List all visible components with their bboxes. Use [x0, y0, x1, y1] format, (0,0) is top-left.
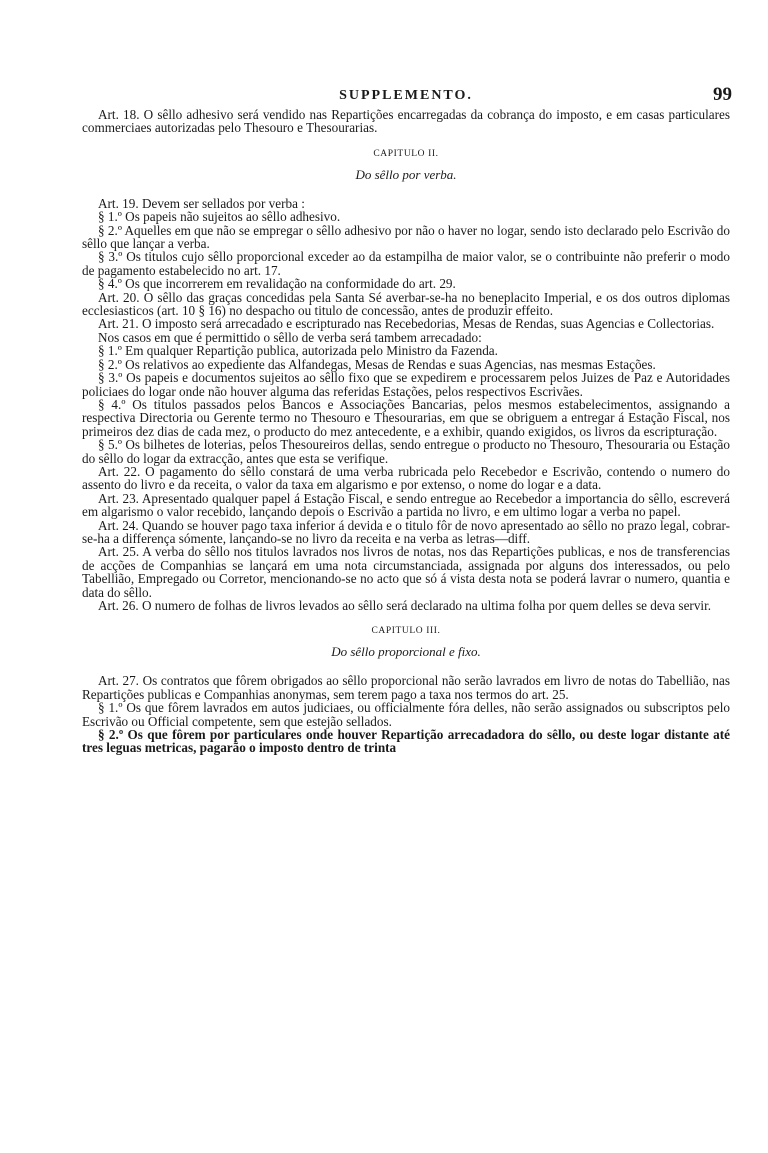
article-21-paragraph-3: § 3.º Os papeis e documentos sujeitos ao… — [82, 371, 730, 398]
article-21: Art. 21. O imposto será arrecadado e esc… — [82, 317, 730, 330]
chapter-2-heading: CAPITULO II. — [82, 149, 730, 159]
page-header: SUPPLEMENTO. 99 — [82, 86, 730, 108]
article-21-intro: Nos casos em que é permittido o sêllo de… — [82, 331, 730, 344]
article-19-paragraph-2: § 2.º Aquelles em que não se empregar o … — [82, 224, 730, 251]
article-19-paragraph-1: § 1.º Os papeis não sujeitos ao sêllo ad… — [82, 210, 730, 223]
article-21-paragraph-4: § 4.º Os titulos passados pelos Bancos e… — [82, 398, 730, 438]
article-19-paragraph-3: § 3.º Os titulos cujo sêllo proporcional… — [82, 250, 730, 277]
article-24: Art. 24. Quando se houver pago taxa infe… — [82, 519, 730, 546]
article-21-paragraph-5: § 5.º Os bilhetes de loterias, pelos The… — [82, 438, 730, 465]
article-18: Art. 18. O sêllo adhesivo será vendido n… — [82, 108, 730, 135]
article-26: Art. 26. O numero de folhas de livros le… — [82, 599, 730, 612]
article-20: Art. 20. O sêllo das graças concedidas p… — [82, 291, 730, 318]
article-21-paragraph-1: § 1.º Em qualquer Repartição publica, au… — [82, 344, 730, 357]
article-27-paragraph-2: § 2.º Os que fôrem por particulares onde… — [82, 728, 730, 755]
article-22: Art. 22. O pagamento do sêllo constará d… — [82, 465, 730, 492]
running-head: SUPPLEMENTO. — [82, 88, 730, 104]
article-21-paragraph-2: § 2.º Os relativos ao expediente das Alf… — [82, 358, 730, 371]
document-page: SUPPLEMENTO. 99 Art. 18. O sêllo adhesiv… — [82, 86, 730, 755]
chapter-3-heading: CAPITULO III. — [82, 626, 730, 636]
article-19: Art. 19. Devem ser sellados por verba : — [82, 197, 730, 210]
article-19-paragraph-4: § 4.º Os que incorrerem em revalidação n… — [82, 277, 730, 290]
article-23: Art. 23. Apresentado qualquer papel á Es… — [82, 492, 730, 519]
article-27: Art. 27. Os contratos que fôrem obrigado… — [82, 674, 730, 701]
page-number: 99 — [713, 84, 732, 106]
article-27-paragraph-1: § 1.º Os que fôrem lavrados em autos jud… — [82, 701, 730, 728]
article-25: Art. 25. A verba do sêllo nos titulos la… — [82, 545, 730, 599]
chapter-2-title: Do sêllo por verba. — [82, 167, 730, 183]
chapter-3-title: Do sêllo proporcional e fixo. — [82, 644, 730, 660]
